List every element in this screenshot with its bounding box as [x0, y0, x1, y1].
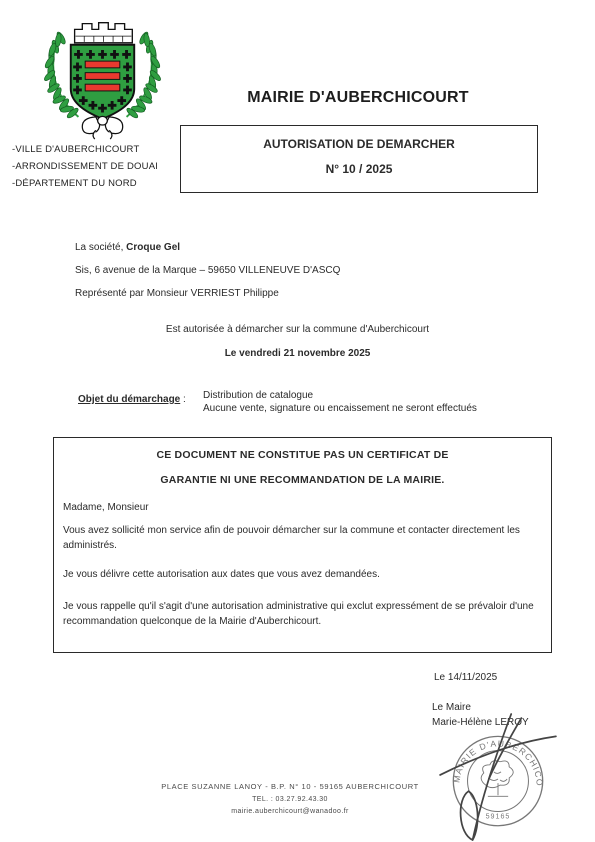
notice-box: CE DOCUMENT NE CONSTITUE PAS UN CERTIFIC… [53, 437, 552, 653]
notice-para-1: Vous avez sollicité mon service afin de … [63, 523, 542, 553]
objet-row: Objet du démarchage : [78, 389, 186, 407]
company-name: Croque Gel [126, 242, 180, 253]
company-address: Sis, 6 avenue de la Marque – 59650 VILLE… [75, 259, 340, 282]
footer-email: mairie.auberchicourt@wanadoo.fr [0, 808, 580, 815]
org-line-departement: -DÉPARTEMENT DU NORD [12, 175, 158, 192]
authorization-title-box: AUTORISATION DE DEMARCHER N° 10 / 2025 [180, 125, 538, 193]
objet-content: Distribution de catalogue Aucune vente, … [203, 389, 477, 415]
municipality-lines: -VILLE D'AUBERCHICOURT -ARRONDISSEMENT D… [12, 141, 158, 192]
objet-colon: : [180, 394, 186, 405]
footer-address: PLACE SUZANNE LANOY - B.P. N° 10 - 59165… [0, 782, 580, 791]
shield-icon [71, 45, 134, 119]
notice-para-3: Je vous rappelle qu'il s'agit d'une auto… [63, 599, 542, 629]
company-representative: Représenté par Monsieur VERRIEST Philipp… [75, 282, 340, 305]
objet-line1: Distribution de catalogue [203, 389, 477, 402]
authorization-title: AUTORISATION DE DEMARCHER [181, 137, 537, 151]
company-line: La société, Croque Gel [75, 236, 340, 259]
notice-heading-2: GARANTIE NI UNE RECOMMANDATION DE LA MAI… [54, 474, 551, 486]
company-intro: La société, [75, 242, 123, 253]
authorization-number: N° 10 / 2025 [181, 162, 537, 176]
mural-crown-icon [75, 23, 133, 43]
objet-line2: Aucune vente, signature ou encaissement … [203, 402, 477, 415]
scanned-letter-page: -VILLE D'AUBERCHICOURT -ARRONDISSEMENT D… [0, 0, 595, 842]
page-title: MAIRIE D'AUBERCHICOURT [180, 89, 536, 107]
footer: PLACE SUZANNE LANOY - B.P. N° 10 - 59165… [0, 782, 580, 815]
notice-salutation: Madame, Monsieur [63, 500, 542, 515]
signature-date: Le 14/11/2025 [434, 672, 497, 683]
company-block: La société, Croque Gel Sis, 6 avenue de … [75, 236, 340, 305]
org-line-arrondissement: -ARRONDISSEMENT DE DOUAI [12, 158, 158, 175]
org-line-ville: -VILLE D'AUBERCHICOURT [12, 141, 158, 158]
notice-para-2: Je vous délivre cette autorisation aux d… [63, 567, 542, 582]
authorization-statement: Est autorisée à démarcher sur la commune… [0, 324, 595, 335]
town-coat-of-arms [40, 13, 165, 140]
notice-heading-1: CE DOCUMENT NE CONSTITUE PAS UN CERTIFIC… [54, 449, 551, 461]
footer-phone: TEL. : 03.27.92.43.30 [0, 796, 580, 803]
objet-label: Objet du démarchage [78, 394, 180, 405]
ribbon-bow-icon [82, 116, 122, 139]
authorization-date: Le vendredi 21 novembre 2025 [0, 348, 595, 359]
official-stamp: MAIRIE D'AUBERCHICOURT 59165 [432, 712, 564, 842]
